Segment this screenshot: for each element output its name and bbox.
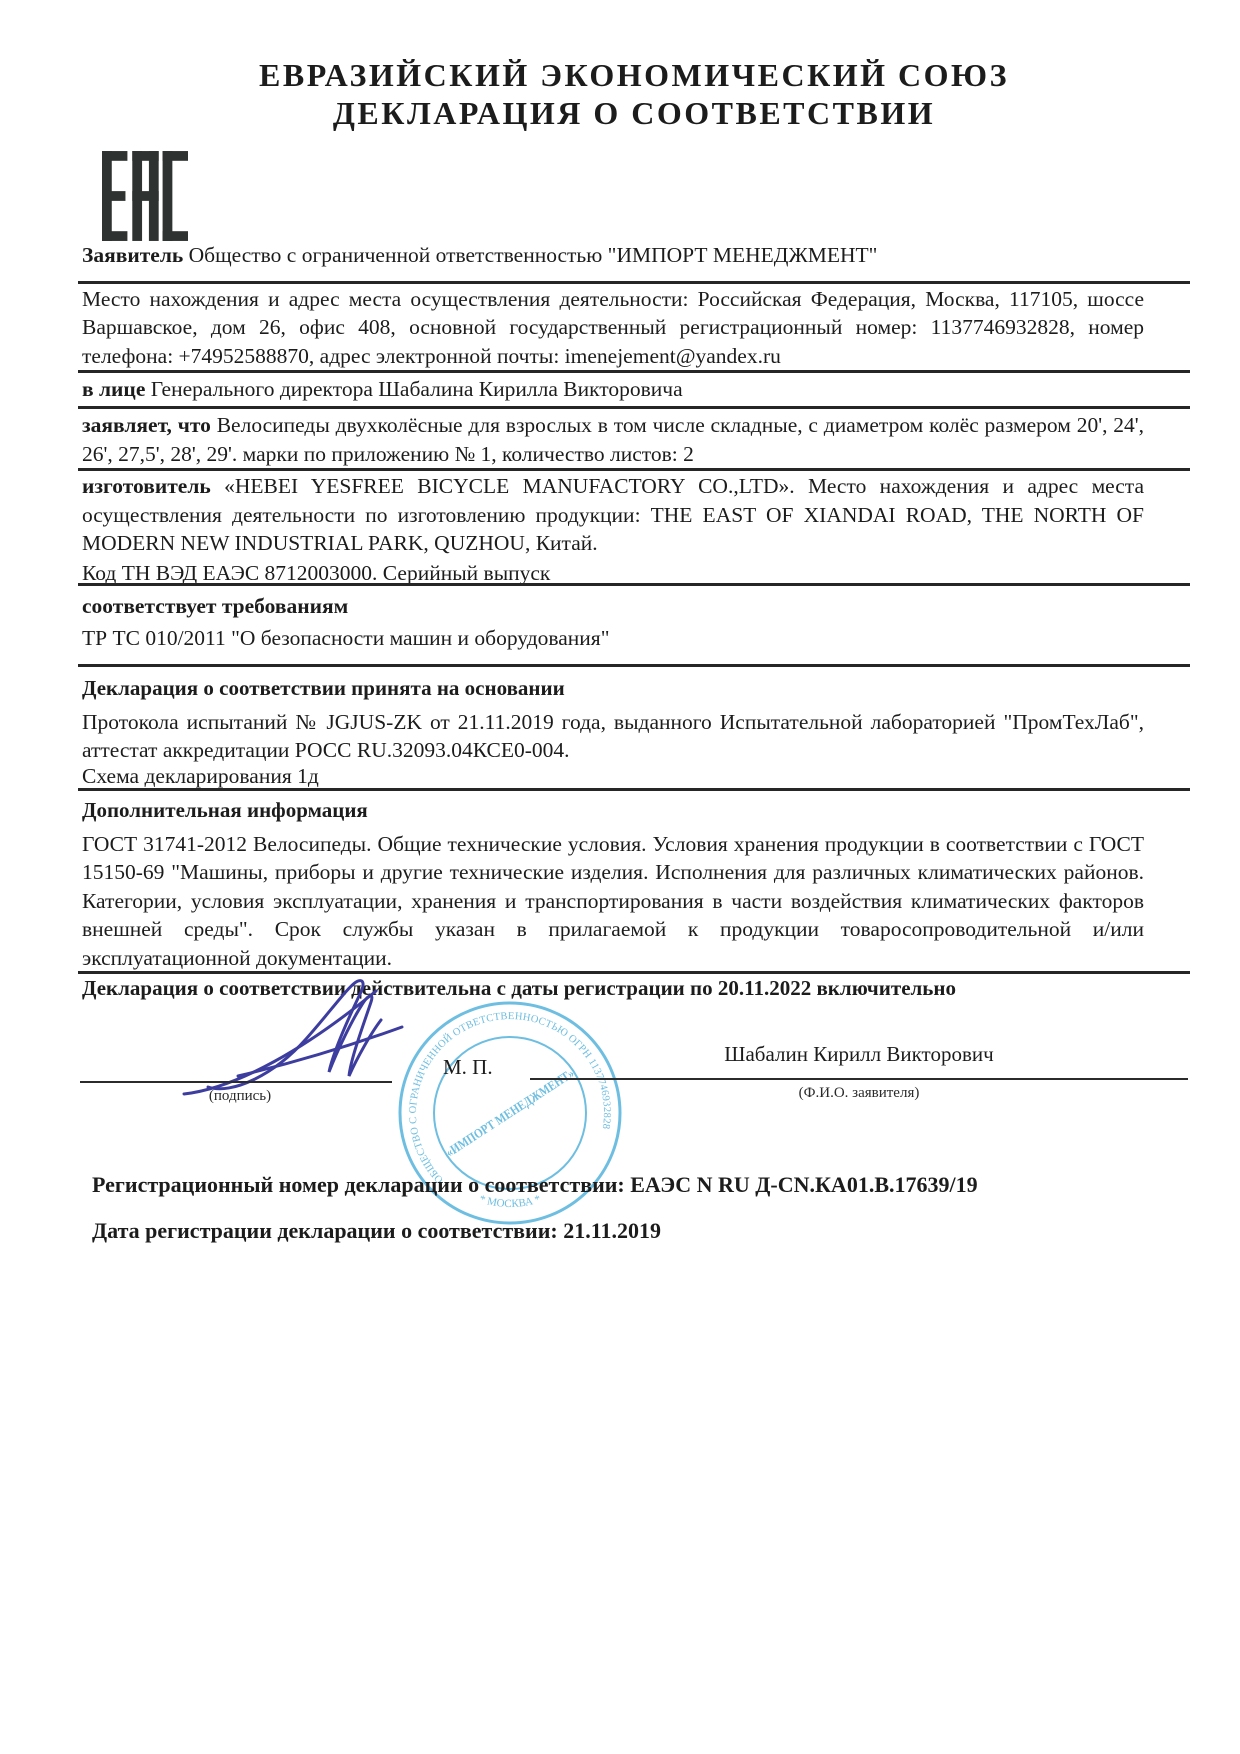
declaration-document-page: ЕВРАЗИЙСКИЙ ЭКОНОМИЧЕСКИЙ СОЮЗ ДЕКЛАРАЦИ…: [0, 0, 1240, 1754]
signature-line: [80, 1081, 392, 1083]
section-divider: [78, 468, 1190, 471]
basis-heading: Декларация о соответствии принята на осн…: [82, 674, 1144, 702]
applicant-row: Заявитель Общество с ограниченной ответс…: [82, 240, 1144, 270]
signature-caption: (подпись): [150, 1088, 330, 1105]
in-person-value: Генерального директора Шабалина Кирилла …: [151, 377, 683, 401]
in-person-label: в лице: [82, 377, 145, 401]
declares-row: заявляет, что Велосипеды двухколёсные дл…: [82, 411, 1144, 468]
declares-value: Велосипеды двухколёсные для взрослых в т…: [82, 413, 1144, 466]
section-divider: [78, 788, 1190, 791]
registration-number: Регистрационный номер декларации о соотв…: [92, 1172, 978, 1198]
applicant-full-name: Шабалин Кирилл Викторович: [530, 1042, 1188, 1067]
applicant-label: Заявитель: [82, 243, 183, 267]
additional-info-section: Дополнительная информация ГОСТ 31741-201…: [82, 796, 1144, 972]
declares-label: заявляет, что: [82, 413, 211, 437]
name-line: [530, 1078, 1188, 1080]
additional-info-text: ГОСТ 31741-2012 Велосипеды. Общие технич…: [82, 830, 1144, 972]
manufacturer-label: изготовитель: [82, 474, 211, 498]
handwritten-signature: [180, 975, 415, 1105]
section-divider: [78, 583, 1190, 586]
complies-heading: соответствует требованиям: [82, 592, 1144, 620]
section-divider: [78, 664, 1190, 667]
name-caption: (Ф.И.О. заявителя): [530, 1085, 1188, 1102]
section-divider: [78, 281, 1190, 284]
complies-regulation: ТР ТС 010/2011 "О безопасности машин и о…: [82, 624, 1144, 652]
in-person-row: в лице Генерального директора Шабалина К…: [82, 376, 1144, 402]
declaration-scheme: Схема декларирования 1д: [82, 764, 1144, 788]
applicant-address: Место нахождения и адрес места осуществл…: [82, 285, 1144, 370]
stamp-place-label: М. П.: [443, 1055, 493, 1080]
manufacturer-value: «HEBEI YESFREE BICYCLE MANUFACTORY CO.,L…: [82, 474, 1144, 555]
basis-section: Декларация о соответствии принята на осн…: [82, 674, 1144, 788]
manufacturer-section: изготовитель «HEBEI YESFREE BICYCLE MANU…: [82, 472, 1144, 586]
section-divider: [78, 370, 1190, 373]
registration-date: Дата регистрации декларации о соответств…: [92, 1218, 661, 1244]
section-divider: [78, 406, 1190, 409]
applicant-value: Общество с ограниченной ответственностью…: [189, 243, 878, 267]
document-title-declaration: ДЕКЛАРАЦИЯ О СООТВЕТСТВИИ: [78, 94, 1190, 132]
basis-protocol: Протокола испытаний № JGJUS-ZK от 21.11.…: [82, 708, 1144, 764]
tn-ved-code: Код ТН ВЭД ЕАЭС 8712003000. Серийный вып…: [82, 558, 1144, 586]
document-title-union: ЕВРАЗИЙСКИЙ ЭКОНОМИЧЕСКИЙ СОЮЗ: [78, 56, 1190, 94]
additional-info-heading: Дополнительная информация: [82, 796, 1144, 824]
eac-mark-icon: [102, 150, 188, 242]
section-divider: [78, 971, 1190, 974]
